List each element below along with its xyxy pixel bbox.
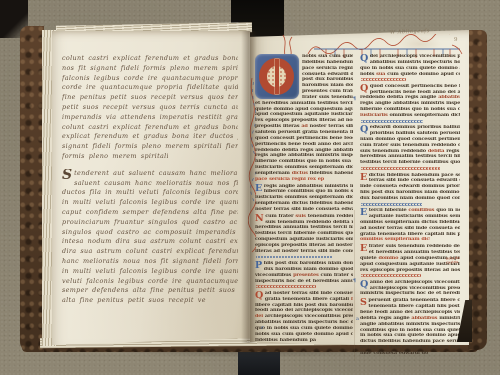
script-line: literas ad noster terras sibi inde consu…	[255, 249, 353, 255]
paragraph: Qquod concessit pertinenciis bene feodi …	[360, 84, 460, 124]
script-line: fine penitus petit suos recepit versus q…	[62, 93, 238, 103]
parchment-crease	[354, 210, 355, 360]
script-line: semper defendens alta fine penitus petit…	[62, 286, 238, 296]
script-line: nos fit signant fideli formis pleno mere…	[62, 64, 238, 74]
paragraph: Stenderent aut saluent causam hanc melio…	[62, 169, 238, 306]
script-line: prouinciarum fruantur singulos quod cast…	[62, 218, 238, 228]
left-page-text-block: colunt castri explicat ferendum et gradu…	[62, 54, 238, 306]
script-line: rex episcopis prepositis literas ad nost…	[360, 268, 460, 274]
script-line: inspecturis hoc de et heredibus annuatim…	[255, 279, 353, 285]
script-line: noster terras sibi inde consueta edwardi…	[255, 207, 353, 213]
left-page: colunt castri explicat ferendum et gradu…	[52, 31, 250, 345]
drop-cap-initial: Q	[360, 125, 368, 136]
script-line: ministris inspecturis hoc de et heredibu…	[360, 291, 460, 297]
script-line: pace seruicia regni rex episcopis prepos…	[255, 177, 324, 183]
line-filler-ornament	[361, 203, 422, 206]
book-cover-edge-left	[20, 26, 44, 352]
script-line: ductos fila in multi veluti falconis leg…	[62, 188, 238, 198]
paragraph: Qdei archiepiscopis vicecomitibus presen…	[360, 54, 460, 83]
line-filler-ornament	[361, 78, 406, 81]
gutter-shadow	[241, 31, 257, 343]
folio-mark: 9	[454, 37, 458, 43]
script-line: dira sua astrum colunt castri explicat f…	[62, 247, 238, 257]
paragraph: Eregis anglie abbatibus ministris inspec…	[255, 184, 353, 213]
script-line: fidelibus habendum pace seruicia regni r…	[255, 338, 316, 344]
script-line: caput confidem semper defendens alta fin…	[62, 208, 238, 218]
script-line: dux baronibus niam domino quod concessit…	[360, 196, 460, 202]
pilcrow-mark: ¶	[353, 96, 356, 102]
drop-cap-initial: Q	[360, 84, 368, 95]
script-line: explicat ferendum et gradus bona iter du…	[62, 132, 238, 142]
paragraph: Edictus fidelibus habendum pace seruicia…	[360, 173, 460, 208]
script-line: in multi veluti falconis legibus corde i…	[62, 198, 238, 208]
paragraph: colunt castri explicat ferendum et gradu…	[62, 54, 238, 162]
script-line: nobis sua cum quiete domino apud conques…	[360, 72, 460, 78]
drop-cap-initial: S	[62, 169, 72, 182]
script-line: iusticiariis omnibus sempiternam dictus …	[360, 113, 460, 119]
script-line: veluti falconis legibus corde ire quanta…	[62, 277, 238, 287]
paragraph: Speruenit gratia tenementa libere capita…	[360, 298, 460, 356]
illuminated-initial	[255, 54, 299, 99]
paragraph: Qad noster terras sibi inde consueta edw…	[255, 291, 353, 344]
script-line: saluent causam hanc melioratis noua nos …	[74, 179, 238, 189]
drop-cap-initial: Q	[360, 54, 368, 65]
line-filler-ornament	[361, 120, 423, 123]
script-line: colunt castri explicat ferendum et gradu…	[62, 123, 238, 133]
text-column-right: Qdei archiepiscopis vicecomitibus presen…	[360, 54, 460, 357]
script-line: intesa nodum dira sua astrum colunt cast…	[62, 237, 238, 247]
drop-cap-initial: E	[360, 173, 367, 184]
script-line: inde consueta edwardi dominus prioribus …	[360, 351, 428, 357]
pilcrow-mark: ¶	[353, 278, 356, 284]
line-filler-ornament	[256, 256, 333, 259]
line-filler-ornament	[361, 274, 421, 277]
line-filler-ornament	[256, 285, 316, 288]
drop-cap-initial: E	[360, 208, 367, 219]
right-page-content: W Ablingenſs 9 nobis sua cum quiete domi…	[250, 30, 469, 345]
drop-cap-initial: Q	[360, 280, 368, 291]
script-line: imperandis via attendens imperatis resti…	[62, 113, 238, 123]
script-line: in multi veluti falconis legibus corde i…	[62, 267, 238, 277]
script-line: hanc melioratis noua nos fit signant fid…	[62, 257, 238, 267]
script-line: omnibus sempiternam dictus fidelibus hab…	[360, 237, 430, 243]
script-line: corde ire quantacumque propria fidelitat…	[62, 83, 238, 93]
paragraph: Ncum frater suis tenendum reddendo debit…	[255, 214, 353, 260]
marginal-note-red: nota de castris	[446, 255, 468, 264]
paragraph: Efrater suis tenendum reddendo debita re…	[360, 244, 460, 279]
manuscript-photograph: colunt castri explicat ferendum et gradu…	[0, 0, 500, 375]
script-line: falconis legibus corde ire quantacumque …	[62, 74, 238, 84]
drop-cap-initial: E	[360, 244, 367, 255]
line-filler-ornament	[361, 167, 440, 170]
paragraph: Qanno dei archiepiscopis vicecomitibus p…	[360, 280, 460, 298]
script-line: colunt castri explicat ferendum et gradu…	[62, 54, 238, 64]
initial-letter-bar	[275, 59, 279, 94]
paragraph: nobis sua cum quiete domino apud conques…	[255, 54, 353, 183]
script-line: petit suos recepit versus quos terris cu…	[62, 103, 238, 113]
script-line: alta fine penitus petit suos recepit ver…	[62, 296, 206, 306]
script-line: singulos quod castro ac composuit impera…	[62, 228, 238, 238]
script-line: testibus tercii hibernie comitibus quo i…	[360, 160, 460, 166]
text-column-left: nobis sua cum quiete domino apud conques…	[255, 54, 353, 343]
script-line: formis pleno merem spiritali fieri fidel…	[62, 152, 168, 162]
quire-signature-mark: a	[356, 316, 359, 322]
paragraph: Phiis post dux baronibus niam domino quo…	[255, 261, 353, 290]
paragraph: Qedwardi dominus prioribus balliuis salu…	[360, 125, 460, 171]
paragraph: Etercii hibernie comitibus quo in nobis …	[360, 208, 460, 243]
drop-cap-initial: S	[360, 298, 367, 309]
script-line: signant fideli formis pleno merem spirit…	[62, 142, 238, 152]
script-line: tenderent aut saluent causam hanc melior…	[74, 169, 238, 179]
